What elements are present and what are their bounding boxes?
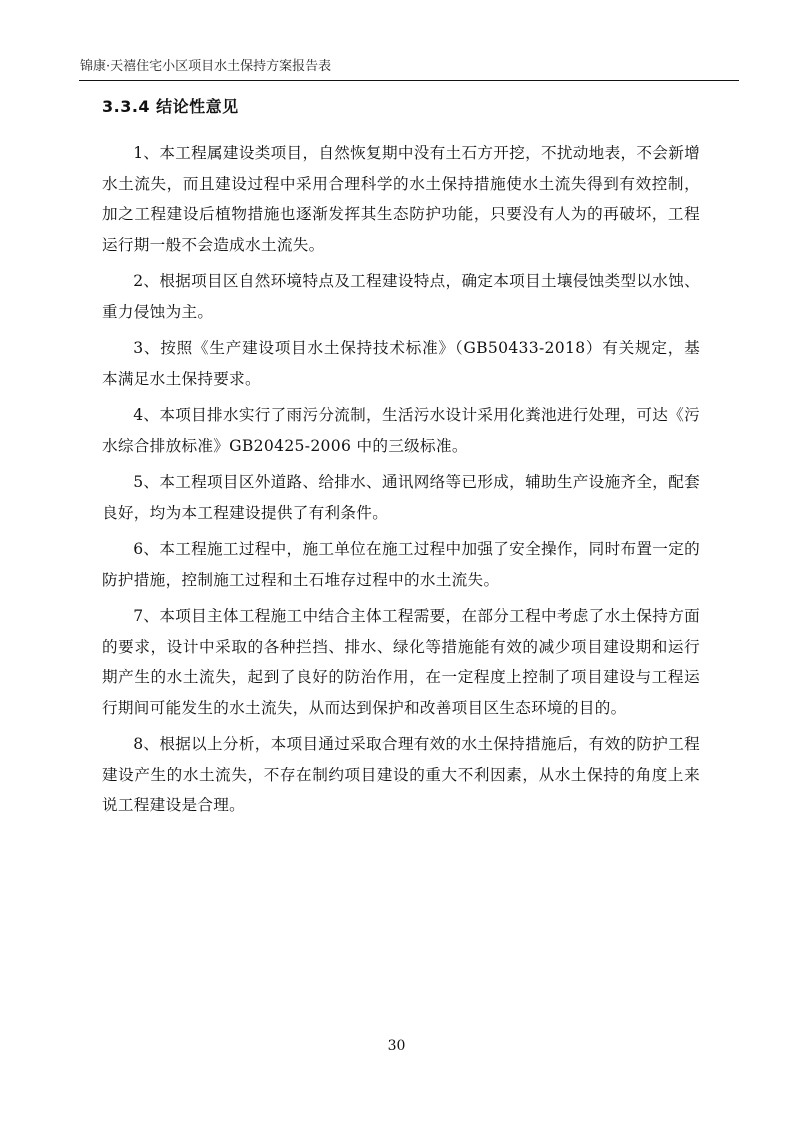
page-number: 30	[0, 1038, 793, 1054]
paragraph-1: 1、本工程属建设类项目，自然恢复期中没有土石方开挖，不扰动地表，不会新增水土流失…	[102, 138, 700, 260]
section-title: 3.3.4 结论性意见	[102, 94, 239, 117]
page-header: 锦康·天禧住宅小区项目水土保持方案报告表	[80, 60, 730, 81]
paragraph-6: 6、本工程施工过程中，施工单位在施工过程中加强了安全操作，同时布置一定的防护措施…	[102, 534, 700, 595]
header-title: 锦康·天禧住宅小区项目水土保持方案报告表	[80, 60, 730, 78]
document-body: 1、本工程属建设类项目，自然恢复期中没有土石方开挖，不扰动地表，不会新增水土流失…	[102, 138, 700, 827]
paragraph-3: 3、按照《生产建设项目水土保持技术标准》（GB50433-2018）有关规定，基…	[102, 333, 700, 394]
paragraph-4: 4、本项目排水实行了雨污分流制，生活污水设计采用化粪池进行处理，可达《污水综合排…	[102, 400, 700, 461]
paragraph-8: 8、根据以上分析，本项目通过采取合理有效的水土保持措施后，有效的防护工程建设产生…	[102, 729, 700, 821]
paragraph-7: 7、本项目主体工程施工中结合主体工程需要，在部分工程中考虑了水土保持方面的要求，…	[102, 601, 700, 723]
paragraph-2: 2、根据项目区自然环境特点及工程建设特点，确定本项目土壤侵蚀类型以水蚀、重力侵蚀…	[102, 266, 700, 327]
header-rule	[79, 80, 739, 81]
paragraph-5: 5、本工程项目区外道路、给排水、通讯网络等已形成，辅助生产设施齐全，配套良好，均…	[102, 467, 700, 528]
